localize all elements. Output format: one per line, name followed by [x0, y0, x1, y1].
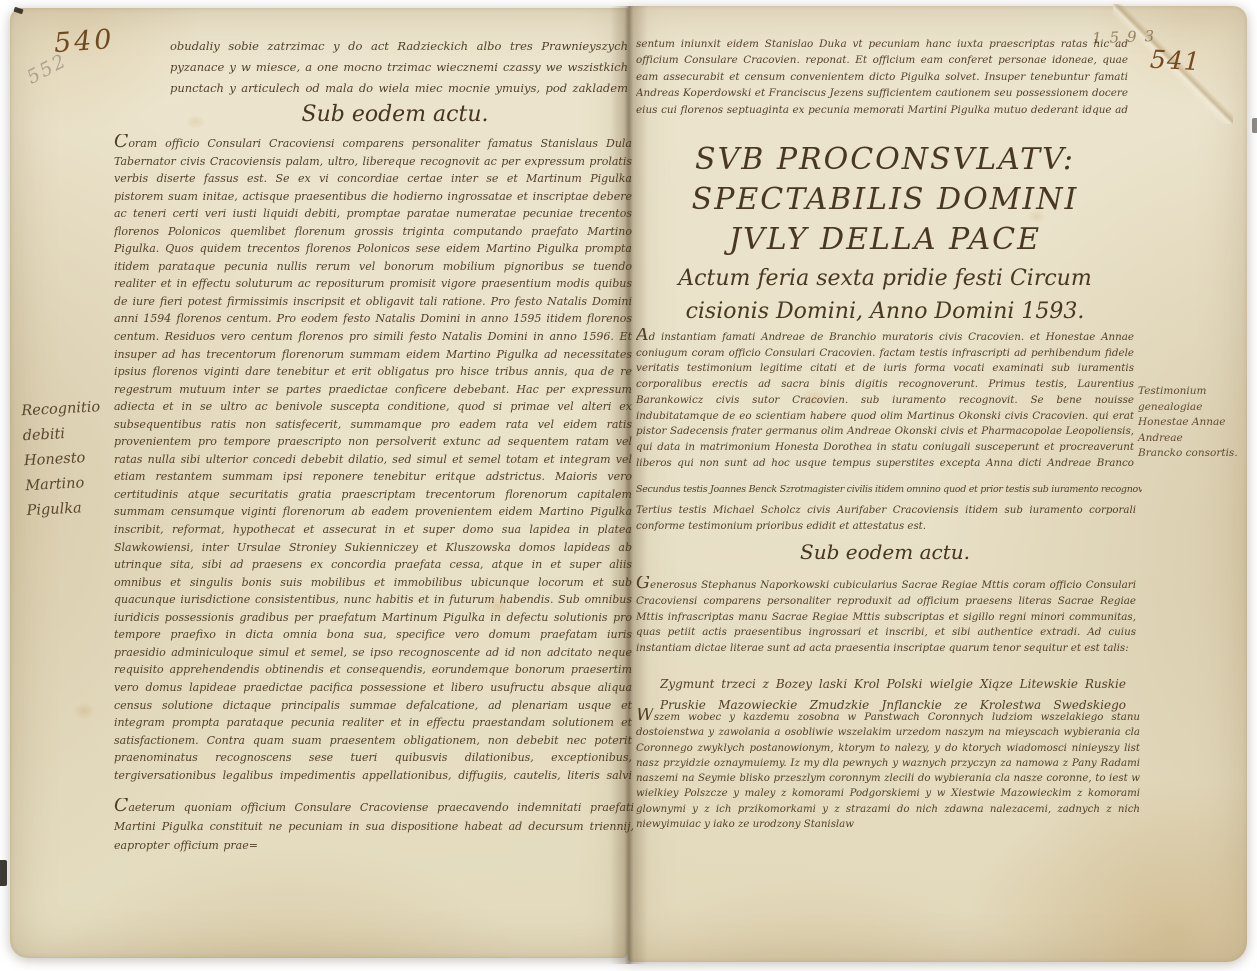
act-date: Actum feria sexta pridie festi Circum ci… [650, 262, 1120, 328]
right-continuation-text: sentum iniunxit eidem Stanislao Duka vt … [636, 36, 1128, 120]
left-margin-note-line: Honesto Martino [23, 443, 149, 499]
act-title: SVB PROCONSVLATV: SPECTABILIS DOMINI JVL… [650, 140, 1120, 260]
left-section-heading: Sub eodem actu. [160, 102, 630, 127]
second-witness-paragraph: Secundus testis Joannes Benck Szrotmagis… [636, 484, 1142, 501]
act-title-line: SVB PROCONSVLATV: [650, 140, 1120, 180]
royal-letter-intro: Generosus Stephanus Naporkowski cubicula… [636, 576, 1136, 671]
act-title-line: JVLY DELLA PACE [650, 220, 1120, 260]
third-witness-paragraph: Tertius testis Michael Scholcz civis Aur… [636, 503, 1136, 536]
left-margin-note: Recognitio debiti Honesto Martino Pigulk… [21, 393, 151, 524]
right-margin-note-line: Brancko consortis. [1138, 446, 1252, 462]
left-continuation-text: obudaliy sobie zatrzimac y do act Radzie… [170, 36, 628, 102]
royal-letter-text: Wszem wobec y kazdemu zosobna w Panstwac… [636, 708, 1140, 847]
right-section-heading: Sub eodem actu. [650, 540, 1120, 564]
act-date-line: Actum feria sexta pridie festi Circum [650, 262, 1120, 295]
book-edge-mark [1252, 118, 1257, 133]
act-date-line: cisionis Domini, Anno Domini 1593. [650, 295, 1120, 328]
manuscript-spread: 540 552 obudaliy sobie zatrzimac y do ac… [10, 6, 1247, 964]
testimony-paragraph: Ad instantiam famati Andreae de Branchio… [636, 328, 1134, 469]
right-margin-note-line: Testimonium genealogiae [1138, 384, 1252, 415]
left-body-paragraph: Coram officio Consulari Cracoviensi comp… [114, 134, 632, 785]
page-number-541: 541 [1149, 45, 1201, 77]
left-closing-paragraph: Caeterum quoniam officium Consulare Crac… [114, 798, 634, 858]
left-margin-note-line: Recognitio debiti [21, 393, 147, 449]
book-edge-mark [0, 860, 7, 886]
right-margin-note-line: Honestae Annae Andreae [1138, 415, 1252, 446]
act-title-line: SPECTABILIS DOMINI [650, 180, 1120, 220]
right-margin-note: Testimonium genealogiae Honestae Annae A… [1138, 384, 1252, 462]
